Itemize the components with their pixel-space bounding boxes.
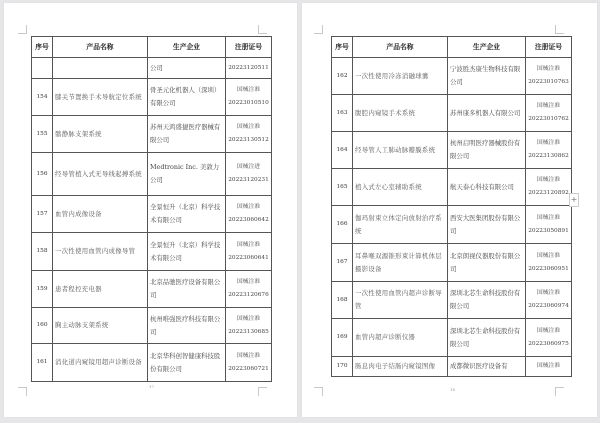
row-registration-no: 国械注准20223130685 [226,308,272,344]
row-registration-no: 国械注准20223130512 [226,116,272,153]
row-product-name: 一次性使用冷冻消融球囊 [353,58,448,95]
page-number: 18 [450,387,455,392]
row-registration-no: 国械注准20223050891 [526,206,572,244]
row-serial: 166 [332,206,353,244]
row-registration-no: 国械注准20223010762 [526,95,572,132]
row-serial: 154 [32,79,53,116]
header-product-name: 产品名称 [353,37,448,58]
row-registration-no: 国械注准20223120892 [526,169,572,206]
margin-corner-mark [555,25,564,34]
table-row: 159 患者程控充电器 北京品驰医疗设备有限公司 国械注准20223120676 [32,271,272,308]
row-product-name: 植入式左心室辅助系统 [353,169,448,206]
row-serial: 169 [332,319,353,357]
row-product-name: 伽玛射束立体定向放射治疗系统 [353,206,448,244]
row-serial: 159 [32,271,53,308]
row-registration-no: 20223120511 [226,58,272,79]
row-serial [32,58,53,79]
row-product-name: 髂静脉支架系统 [53,116,148,153]
row-registration-no: 国械注准20223060642 [226,196,272,233]
table-row: 160 胸主动脉支架系统 杭州唯强医疗科技有限公司 国械注准2022313068… [32,308,272,344]
row-product-name: 肠息肉电子结肠内窥镜图像 [353,357,448,377]
row-manufacturer: 深圳北芯生命科技股份有限公司 [448,319,526,357]
row-manufacturer: 全景恒升（北京）科学技术有限公司 [148,233,226,271]
row-serial: 164 [332,132,353,169]
row-serial: 157 [32,196,53,233]
row-product-name: 腹腔内窥镜手术系统 [353,95,448,132]
row-registration-no: 国械注进20223120231 [226,153,272,196]
document-page-18: 序号 产品名称 生产企业 注册证号 162 一次性使用冷冻消融球囊 宁波胜杰康生… [302,3,597,417]
row-product-name: 耳鼻喉双源锥形束计算机体层摄影设备 [353,244,448,282]
table-row: 167 耳鼻喉双源锥形束计算机体层摄影设备 北京朗视仪器股份有限公司 国械注准2… [332,244,572,282]
row-manufacturer: 全景恒升（北京）科学技术有限公司 [148,196,226,233]
registration-table: 序号 产品名称 生产企业 注册证号 公司 20223120511 154 膝关节… [31,36,272,382]
row-serial: 167 [332,244,353,282]
header-registration-no: 注册证号 [226,37,272,58]
row-serial: 156 [32,153,53,196]
table-row: 155 髂静脉支架系统 苏州天鸿盛捷医疗器械有限公司 国械注准202231305… [32,116,272,153]
row-registration-no: 国械注准20223060721 [226,344,272,382]
row-serial: 165 [332,169,353,206]
row-manufacturer: 宁波胜杰康生物科技有限公司 [448,58,526,95]
row-manufacturer: 深圳北芯生命科技股份有限公司 [448,282,526,319]
row-manufacturer: 北京品驰医疗设备有限公司 [148,271,226,308]
row-product-name: 膝关节置换手术导航定位系统 [53,79,148,116]
row-registration-no: 国械注准20223060975 [526,319,572,357]
row-product-name: 一次性使用血管内超声诊断导管 [353,282,448,319]
row-manufacturer: 西安大医集团股份有限公司 [448,206,526,244]
row-product-name: 消化道内窥镜用超声诊断设备 [53,344,148,382]
row-manufacturer: 成都微识医疗设备有 [448,357,526,377]
margin-corner-mark [258,25,267,34]
row-product-name: 经导管植入式无导线起搏系统 [53,153,148,196]
margin-corner-mark [555,387,564,396]
margin-corner-mark [314,387,323,396]
table-row: 162 一次性使用冷冻消融球囊 宁波胜杰康生物科技有限公司 国械注准202230… [332,58,572,95]
row-registration-no: 国械注准20223120676 [226,271,272,308]
header-serial: 序号 [332,37,353,58]
margin-corner-mark [314,25,323,34]
row-registration-no: 国械注准20223060641 [226,233,272,271]
table-row: 163 腹腔内窥镜手术系统 苏州康多机器人有限公司 国械注准2022301076… [332,95,572,132]
row-product-name: 血管内超声诊断仪器 [353,319,448,357]
header-product-name: 产品名称 [53,37,148,58]
row-product-name: 一次性使用血管内成像导管 [53,233,148,271]
registration-table: 序号 产品名称 生产企业 注册证号 162 一次性使用冷冻消融球囊 宁波胜杰康生… [331,36,572,377]
header-registration-no: 注册证号 [526,37,572,58]
row-registration-no: 国械注准20223010763 [526,58,572,95]
row-serial: 168 [332,282,353,319]
table-row: 166 伽玛射束立体定向放射治疗系统 西安大医集团股份有限公司 国械注准2022… [332,206,572,244]
row-manufacturer: 北京华科创智健康科技股份有限公司 [148,344,226,382]
row-product-name: 患者程控充电器 [53,271,148,308]
row-registration-no: 国械注准20223010510 [226,79,272,116]
table-row: 161 消化道内窥镜用超声诊断设备 北京华科创智健康科技股份有限公司 国械注准2… [32,344,272,382]
add-row-button[interactable]: + [569,193,579,207]
row-serial: 160 [32,308,53,344]
row-serial: 161 [32,344,53,382]
row-serial: 162 [332,58,353,95]
row-serial: 158 [32,233,53,271]
margin-corner-mark [258,387,267,396]
row-manufacturer: 北京朗视仪器股份有限公司 [448,244,526,282]
header-manufacturer: 生产企业 [148,37,226,58]
row-manufacturer: 杭州唯强医疗科技有限公司 [148,308,226,344]
table-row: 156 经导管植入式无导线起搏系统 Medtronic Inc. 美敦力公司 国… [32,153,272,196]
table-row: 170 肠息肉电子结肠内窥镜图像 成都微识医疗设备有 国械注准 [332,357,572,377]
table-row: 157 血管内成像设备 全景恒升（北京）科学技术有限公司 国械注准2022306… [32,196,272,233]
row-manufacturer: 杭州启明医疗器械股份有限公司 [448,132,526,169]
row-product-name: 胸主动脉支架系统 [53,308,148,344]
row-serial: 170 [332,357,353,377]
row-manufacturer: 公司 [148,58,226,79]
margin-corner-mark [18,25,27,34]
row-manufacturer: 苏州康多机器人有限公司 [448,95,526,132]
row-serial: 155 [32,116,53,153]
table-row: 164 经导管人工肺动脉瓣膜系统 杭州启明医疗器械股份有限公司 国械注准2022… [332,132,572,169]
row-registration-no: 国械注准20223130862 [526,132,572,169]
table-row: 169 血管内超声诊断仪器 深圳北芯生命科技股份有限公司 国械注准2022306… [332,319,572,357]
table-row: 154 膝关节置换手术导航定位系统 骨圣元化机器人（深圳）有限公司 国械注准20… [32,79,272,116]
header-manufacturer: 生产企业 [448,37,526,58]
row-product-name: 血管内成像设备 [53,196,148,233]
document-page-17: 序号 产品名称 生产企业 注册证号 公司 20223120511 154 膝关节… [4,3,297,417]
row-manufacturer: 骨圣元化机器人（深圳）有限公司 [148,79,226,116]
row-serial: 163 [332,95,353,132]
table-row: 168 一次性使用血管内超声诊断导管 深圳北芯生命科技股份有限公司 国械注准20… [332,282,572,319]
row-product-name [53,58,148,79]
row-manufacturer: Medtronic Inc. 美敦力公司 [148,153,226,196]
table-row: 公司 20223120511 [32,58,272,79]
row-manufacturer: 苏州天鸿盛捷医疗器械有限公司 [148,116,226,153]
header-serial: 序号 [32,37,53,58]
table-header-row: 序号 产品名称 生产企业 注册证号 [332,37,572,58]
page-number: 17 [149,384,154,389]
row-manufacturer: 航天泰心科技有限公司 [448,169,526,206]
row-registration-no: 国械注准20223060974 [526,282,572,319]
table-row: 158 一次性使用血管内成像导管 全景恒升（北京）科学技术有限公司 国械注准20… [32,233,272,271]
table-header-row: 序号 产品名称 生产企业 注册证号 [32,37,272,58]
row-product-name: 经导管人工肺动脉瓣膜系统 [353,132,448,169]
row-registration-no: 国械注准20223060951 [526,244,572,282]
table-row: 165 植入式左心室辅助系统 航天泰心科技有限公司 国械注准2022312089… [332,169,572,206]
margin-corner-mark [18,387,27,396]
row-registration-no: 国械注准 [526,357,572,377]
